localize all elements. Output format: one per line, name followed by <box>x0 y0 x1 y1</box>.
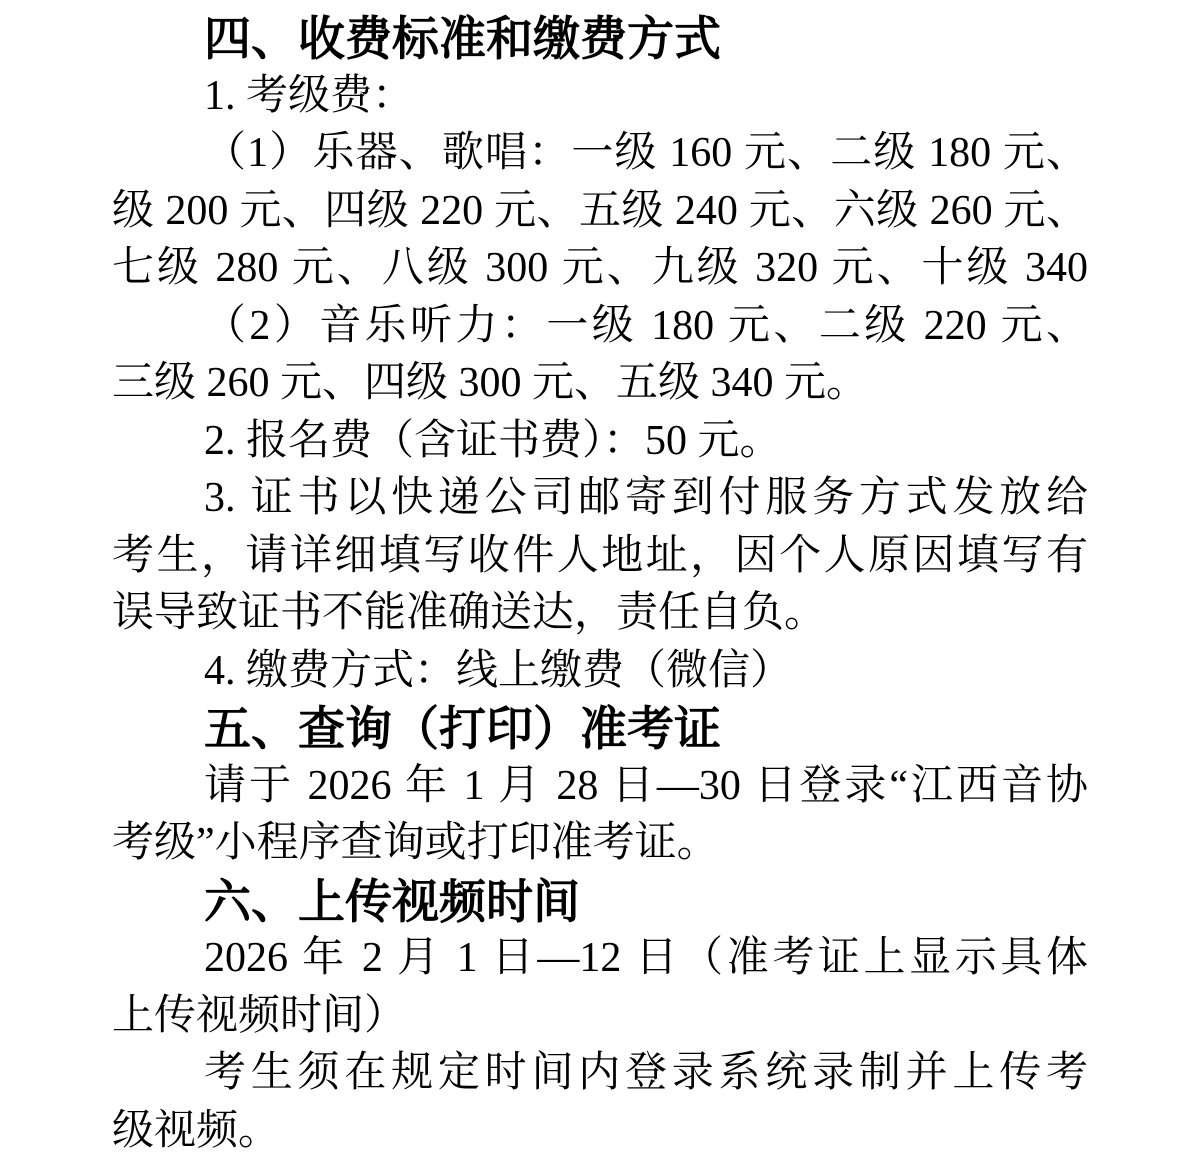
document-page: 四、收费标准和缴费方式 1. 考级费： （1）乐器、歌唱：一级 160 元、二级… <box>0 0 1200 1172</box>
certificate-delivery-line-2: 考生，请详细填写收件人地址，因个人原因填写有 <box>112 528 1088 586</box>
fee-instrument-vocal-line-2: 级 200 元、四级 220 元、五级 240 元、六级 260 元、 <box>112 183 1088 241</box>
certificate-delivery-line-1: 3. 证书以快递公司邮寄到付服务方式发放给 <box>112 470 1088 528</box>
fee-music-listening-line-1: （2）音乐听力：一级 180 元、二级 220 元、 <box>112 298 1088 356</box>
admission-ticket-query-line-2: 考级”小程序查询或打印准考证。 <box>112 815 1088 873</box>
upload-requirement-line-2: 级视频。 <box>112 1103 1088 1161</box>
heading-section-six-upload-time: 六、上传视频时间 <box>112 873 1088 931</box>
registration-fee-line: 2. 报名费（含证书费）：50 元。 <box>112 413 1088 471</box>
heading-section-four-fees: 四、收费标准和缴费方式 <box>112 10 1088 68</box>
fee-instrument-vocal-line-1: （1）乐器、歌唱：一级 160 元、二级 180 元、三 <box>112 125 1088 183</box>
heading-section-five-admission-ticket: 五、查询（打印）准考证 <box>112 700 1088 758</box>
upload-window-line-2: 上传视频时间） <box>112 988 1088 1046</box>
payment-method-line: 4. 缴费方式：线上缴费（微信） <box>112 643 1088 701</box>
upload-requirement-line-1: 考生须在规定时间内登录系统录制并上传考 <box>112 1045 1088 1103</box>
admission-ticket-query-line-1: 请于 2026 年 1 月 28 日—30 日登录“江西音协 <box>112 758 1088 816</box>
exam-fee-label-line: 1. 考级费： <box>112 68 1088 126</box>
document-body: 四、收费标准和缴费方式 1. 考级费： （1）乐器、歌唱：一级 160 元、二级… <box>112 10 1088 1160</box>
fee-instrument-vocal-line-3: 七级 280 元、八级 300 元、九级 320 元、十级 340 元。 <box>112 240 1088 298</box>
upload-window-line-1: 2026 年 2 月 1 日—12 日（准考证上显示具体 <box>112 930 1088 988</box>
fee-music-listening-line-2: 三级 260 元、四级 300 元、五级 340 元。 <box>112 355 1088 413</box>
certificate-delivery-line-3: 误导致证书不能准确送达，责任自负。 <box>112 585 1088 643</box>
